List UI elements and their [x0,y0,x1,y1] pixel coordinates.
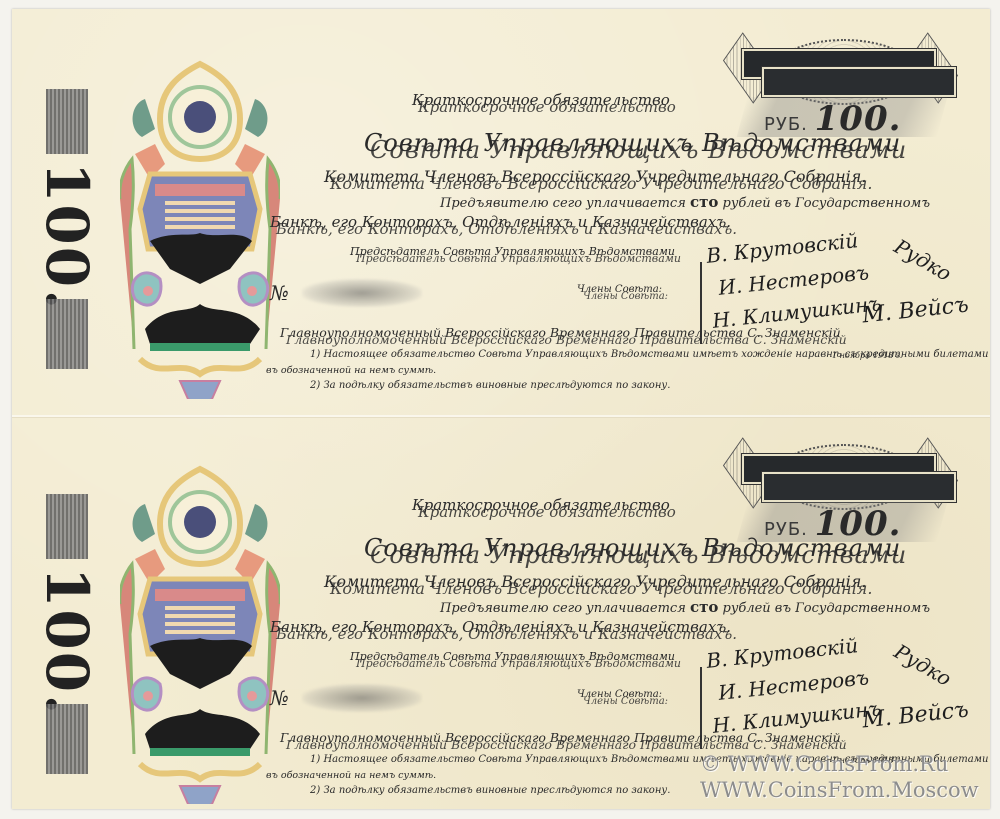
side-denomination-value: 100. [37,567,97,697]
note-title: Краткосрочное обязательствоКраткосрочное… [412,496,670,514]
bearer-prefix: Предъявителю сего уплачивается [440,196,686,211]
plenipotentiary-line: Главноуполномоченный Всероссійскаго Врем… [280,730,841,745]
note-title: Краткосрочное обязательствоКраткосрочное… [412,91,670,109]
bearer-amount-word: сто [690,193,718,211]
guilloche-bar [46,89,88,154]
council-duplicate: Совѣта Управляющихъ Вѣдомствами [370,541,907,569]
redaction-band [762,67,956,97]
committee-duplicate: Комитета Членовъ Всероссійскаго Учредите… [330,579,872,598]
footnote-2: 2) За подѣлку обязательствъ виновные пре… [310,380,670,391]
bearer-line: Предъявителю сего уплачивается сто рубле… [440,598,930,616]
chairman-label: Предсѣдатель Совѣта Управляющихъ Вѣдомст… [350,650,675,663]
bank-line: Банкѣ, его Конторахъ, Отдѣленіяхъ и Казн… [270,618,731,636]
number-label: № [270,281,289,305]
bearer-line: Предъявителю сего уплачивается сто рубле… [440,193,930,211]
footnote-1-continued: въ обозначенной на немъ суммѣ. [266,365,436,376]
signature: Рудко [890,639,955,691]
plenipotentiary-duplicate: Главноуполномоченный Всероссійскаго Врем… [286,332,847,347]
footnote-2: 2) За подѣлку обязательствъ виновные пре… [310,785,670,796]
council-duplicate: Совѣта Управляющихъ Вѣдомствами [370,136,907,164]
serial-number-redacted [302,279,422,307]
committee-duplicate: Комитета Членовъ Всероссійскаго Учредите… [330,174,872,193]
chairman-duplicate: Предсѣдатель Совѣта Управляющихъ Вѣдомст… [356,657,681,670]
watermark-line-1: © WWW.CoinsFrom.Ru [700,752,1000,776]
ornament-eagle-emblem-icon [120,59,280,399]
signature: В. Крутовскій [705,228,859,268]
watermark-line-2: WWW.CoinsFrom.Moscow [700,778,1000,802]
bearer-suffix: рублей въ Государственномъ [723,601,930,616]
serial-number-redacted [302,684,422,712]
members-duplicate: Члены Совѣта: [583,696,668,707]
bank-duplicate: Банкѣ, его Конторахъ, Отдѣленіяхъ и Казн… [276,625,737,643]
footnote-1: 1) Настоящее обязательство Совѣта Управл… [310,349,988,360]
signature: Рудко [890,234,955,286]
signature: В. Крутовскій [705,633,859,673]
redaction-band [762,472,956,502]
chairman-label: Предсѣдатель Совѣта Управляющихъ Вѣдомст… [350,245,675,258]
chairman-duplicate: Предсѣдатель Совѣта Управляющихъ Вѣдомст… [356,252,681,265]
bank-duplicate: Банкѣ, его Конторахъ, Отдѣленіяхъ и Казн… [276,220,737,238]
banknote-sheet: 100. [12,9,990,809]
committee-name: Комитета Членовъ Всероссійскаго Учредите… [324,572,866,591]
council-name: Совѣта Управляющихъ ВѣдомствамиСовѣта Уп… [364,534,901,562]
plenipotentiary-line: Главноуполномоченный Всероссійскаго Врем… [280,325,841,340]
council-name: Совѣта Управляющихъ ВѣдомствамиСовѣта Уп… [364,129,901,157]
footnote-1-continued: въ обозначенной на немъ суммѣ. [266,770,436,781]
number-label: № [270,686,289,710]
side-denomination: 100. [34,89,94,369]
side-denomination: 100. [34,494,94,774]
note-title-duplicate: Краткосрочное обязательство [418,503,676,521]
guilloche-bar [46,299,88,369]
members-label: Члены Совѣта:Члены Совѣта: [577,689,662,700]
committee-name: Комитета Членовъ Всероссійскаго Учредите… [324,167,866,186]
side-denomination-value: 100. [37,162,97,292]
guilloche-bar [46,494,88,559]
members-label: Члены Совѣта:Члены Совѣта: [577,284,662,295]
bank-line: Банкѣ, его Конторахъ, Отдѣленіяхъ и Казн… [270,213,731,231]
obligation-note-top: 100. [12,9,990,409]
guilloche-bar [46,704,88,774]
note-title-duplicate: Краткосрочное обязательство [418,98,676,116]
plenipotentiary-duplicate: Главноуполномоченный Всероссійскаго Врем… [286,737,847,752]
bearer-suffix: рублей въ Государственномъ [723,196,930,211]
bearer-prefix: Предъявителю сего уплачивается [440,601,686,616]
members-duplicate: Члены Совѣта: [583,291,668,302]
ornament-eagle-emblem-icon [120,464,280,804]
bearer-amount-word: сто [690,598,718,616]
watermark: © WWW.CoinsFrom.Ru WWW.CoinsFrom.Moscow [700,752,1000,802]
